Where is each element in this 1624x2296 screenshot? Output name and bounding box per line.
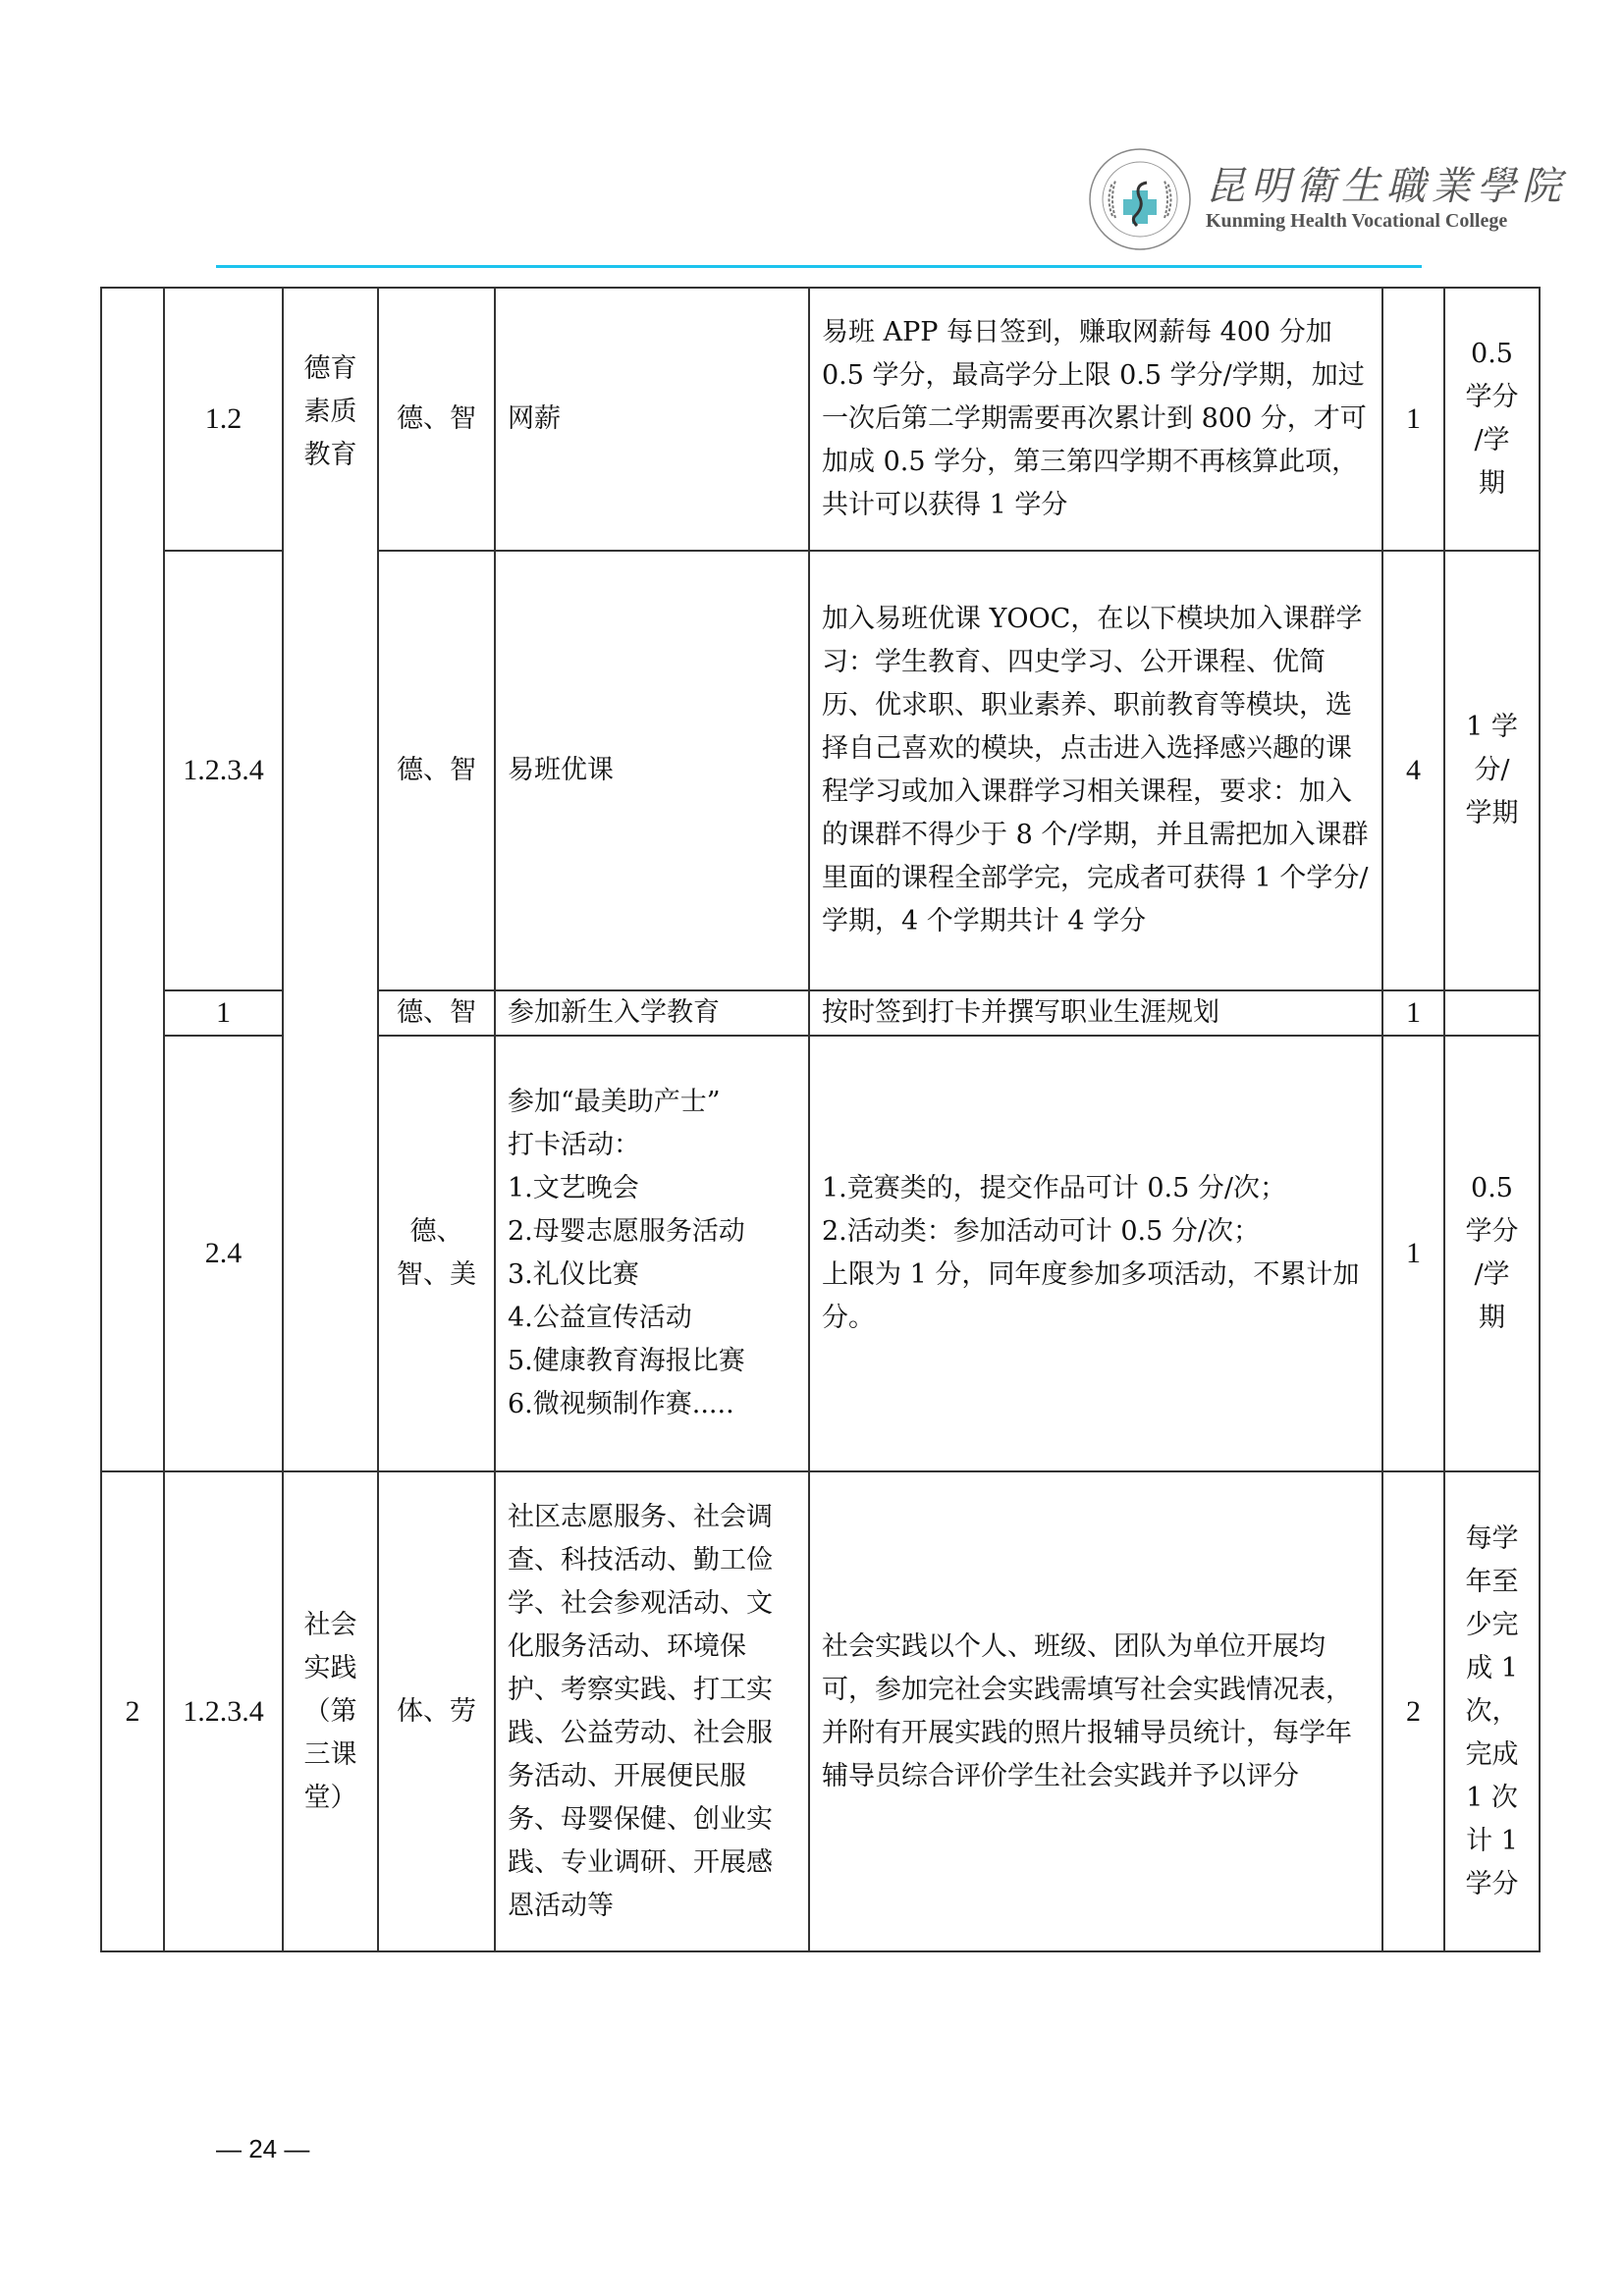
domain-cell: 德、智 <box>378 990 495 1036</box>
item-cell: 易班优课 <box>495 551 809 990</box>
category-cell: 德育 素质 教育 <box>283 288 378 1471</box>
category-number-cell: 2 <box>101 1471 164 1951</box>
header-divider <box>216 265 1422 268</box>
item-cell: 社区志愿服务、社会调查、科技活动、勤工俭学、社会参观活动、文化服务活动、环境保护… <box>495 1471 809 1951</box>
credits-cell: 1 <box>1382 990 1444 1036</box>
credits-cell: 1 <box>1382 1036 1444 1471</box>
domain-cell: 德、智 <box>378 288 495 551</box>
brand-name-chinese: 昆明衛生職業學院 <box>1206 155 1567 211</box>
credits-cell: 4 <box>1382 551 1444 990</box>
rule-cell: 每学 年至 少完 成 1 次， 完成 1 次 计 1 学分 <box>1444 1471 1540 1951</box>
semester-cell: 1.2.3.4 <box>164 551 283 990</box>
table-row: 1.2 德育 素质 教育 德、智 网薪 易班 APP 每日签到，赚取网薪每 40… <box>101 288 1540 551</box>
domain-cell: 德、 智、美 <box>378 1036 495 1471</box>
description-cell: 易班 APP 每日签到，赚取网薪每 400 分加 0.5 学分，最高学分上限 0… <box>809 288 1382 551</box>
description-cell: 社会实践以个人、班级、团队为单位开展均可，参加完社会实践需填写社会实践情况表，并… <box>809 1471 1382 1951</box>
college-logo: 昆明衛生職業學院 Kunming Health Vocational Colle… <box>1088 147 1559 255</box>
domain-cell: 体、劳 <box>378 1471 495 1951</box>
description-cell: 1.竞赛类的，提交作品可计 0.5 分/次； 2.活动类：参加活动可计 0.5 … <box>809 1036 1382 1471</box>
credits-cell: 1 <box>1382 288 1444 551</box>
credits-cell: 2 <box>1382 1471 1444 1951</box>
table-row: 2 1.2.3.4 社会 实践 （第 三课 堂） 体、劳 社区志愿服务、社会调查… <box>101 1471 1540 1951</box>
item-cell: 参加“最美助产士” 打卡活动： 1.文艺晚会 2.母婴志愿服务活动 3.礼仪比赛… <box>495 1036 809 1471</box>
category-number-cell <box>101 288 164 1471</box>
semester-cell: 1.2.3.4 <box>164 1471 283 1951</box>
brand-name-english: Kunming Health Vocational College <box>1206 210 1507 233</box>
rule-cell: 0.5 学分 /学 期 <box>1444 288 1540 551</box>
description-cell: 按时签到打卡并撰写职业生涯规划 <box>809 990 1382 1036</box>
domain-cell: 德、智 <box>378 551 495 990</box>
page-number: — 24 — <box>216 2134 309 2164</box>
category-cell: 社会 实践 （第 三课 堂） <box>283 1471 378 1951</box>
semester-cell: 1.2 <box>164 288 283 551</box>
semester-cell: 1 <box>164 990 283 1036</box>
rule-cell: 0.5 学分 /学 期 <box>1444 1036 1540 1471</box>
item-cell: 参加新生入学教育 <box>495 990 809 1036</box>
item-cell: 网薪 <box>495 288 809 551</box>
credit-rules-table: 1.2 德育 素质 教育 德、智 网薪 易班 APP 每日签到，赚取网薪每 40… <box>100 287 1541 1952</box>
rule-cell: 1 学 分/ 学期 <box>1444 551 1540 990</box>
semester-cell: 2.4 <box>164 1036 283 1471</box>
college-seal-icon <box>1088 147 1192 251</box>
description-cell: 加入易班优课 YOOC，在以下模块加入课群学习：学生教育、四史学习、公开课程、优… <box>809 551 1382 990</box>
rule-cell <box>1444 990 1540 1036</box>
